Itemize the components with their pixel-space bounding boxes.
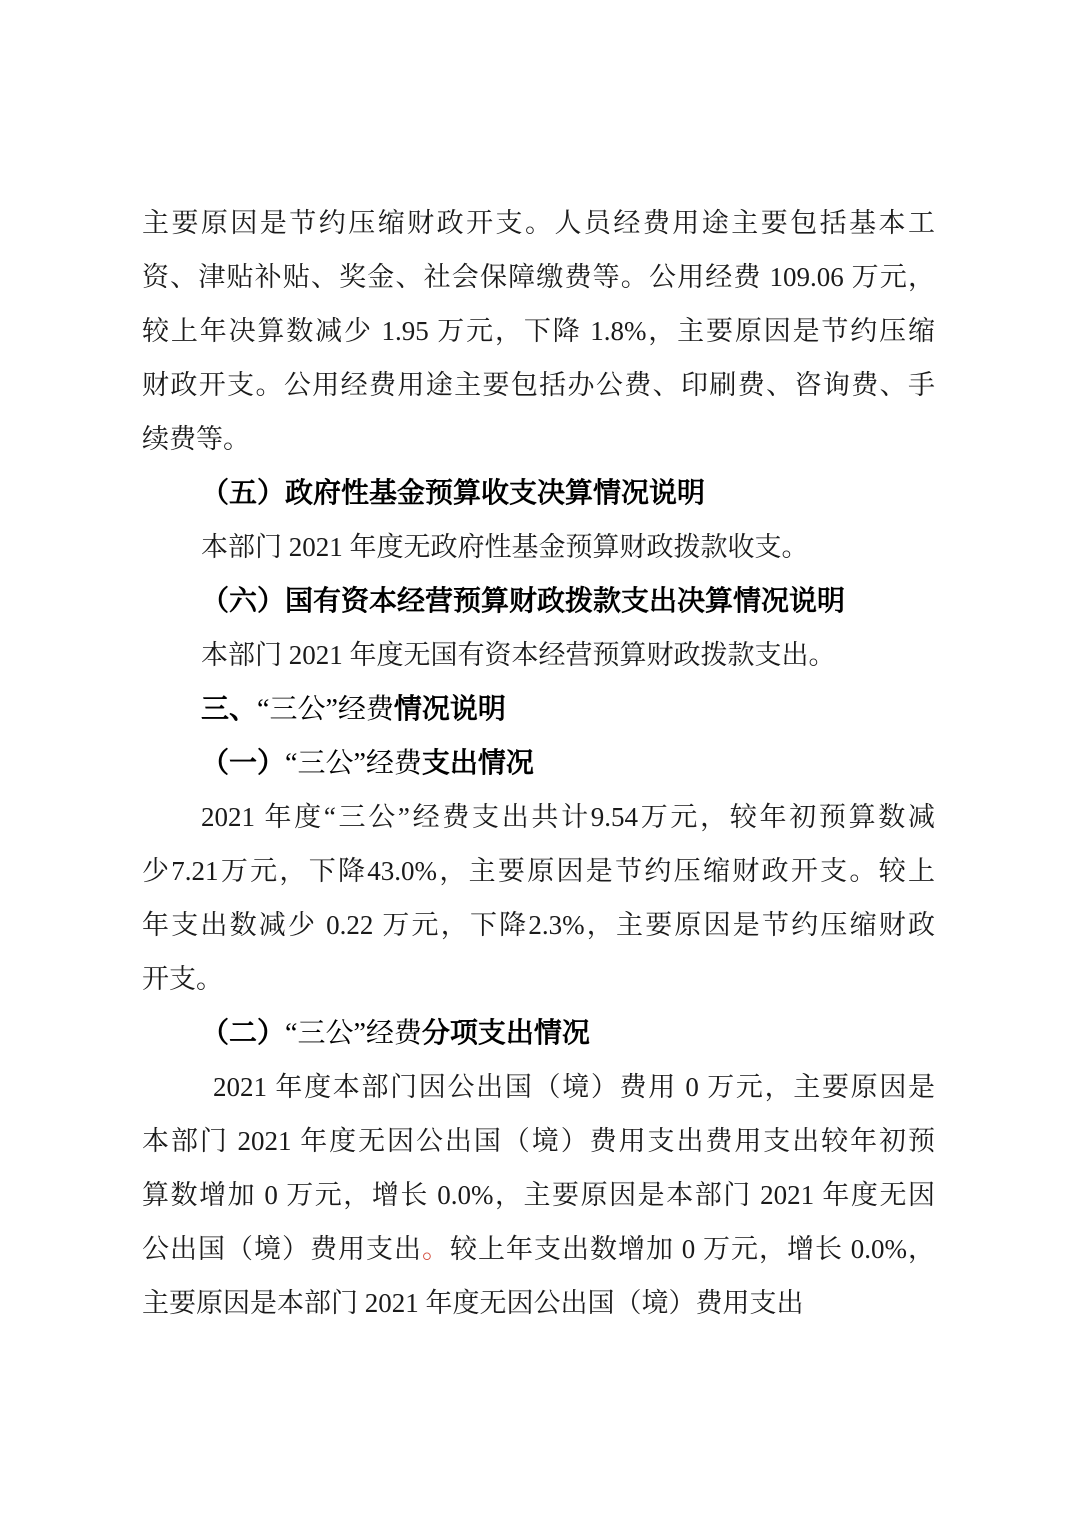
heading-segment: “三公”经费: [285, 748, 422, 779]
red-period: 。: [422, 1234, 450, 1264]
heading-segment: （六）国有资本经营预算财政拨款支出决算情况说明: [201, 585, 845, 616]
section-heading: （二）“三公”经费分项支出情况: [142, 1006, 935, 1060]
section-heading: （六）国有资本经营预算财政拨款支出决算情况说明: [142, 574, 935, 628]
para-line: 财政开支。公用经费用途主要包括办公费、印刷费、咨询费、手: [142, 358, 935, 412]
para-line: 资、津贴补贴、奖金、社会保障缴费等。公用经费 109.06 万元，: [142, 250, 935, 304]
para-line: 算数增加 0 万元，增长 0.0%，主要原因是本部门 2021 年度无因: [142, 1168, 935, 1222]
heading-segment: “三公”经费: [257, 694, 394, 725]
section-heading: （五）政府性基金预算收支决算情况说明: [142, 466, 935, 520]
text-segment: 资、津贴补贴、奖金、社会保障缴费等。公用经费 109.06 万元，: [142, 262, 935, 292]
para-line: 本部门 2021 年度无国有资本经营预算财政拨款支出。: [142, 628, 935, 682]
para-line: 开支。: [142, 952, 935, 1006]
text-segment: 本部门 2021 年度无国有资本经营预算财政拨款支出。: [201, 640, 836, 670]
para-line: 年支出数减少 0.22 万元，下降2.3%，主要原因是节约压缩财政: [142, 898, 935, 952]
para-line: 续费等。: [142, 412, 935, 466]
text-segment: 年支出数减少 0.22 万元，下降2.3%，主要原因是节约压缩财政: [142, 910, 935, 940]
heading-segment: 情况说明: [394, 693, 506, 724]
section-heading: 三、“三公”经费情况说明: [142, 682, 935, 736]
heading-segment: （二）: [201, 1017, 285, 1048]
para-line: 本部门 2021 年度无政府性基金预算财政拨款收支。: [142, 520, 935, 574]
heading-segment: （一）: [201, 747, 285, 778]
text-segment: 较上年支出数增加 0 万元，增长 0.0%，: [450, 1234, 935, 1264]
text-segment: 本部门 2021 年度无政府性基金预算财政拨款收支。: [201, 532, 809, 562]
para-line: 2021 年度本部门因公出国（境）费用 0 万元，主要原因是: [142, 1060, 935, 1114]
text-segment: 2021 年度本部门因公出国（境）费用 0 万元，主要原因是: [213, 1072, 935, 1102]
heading-segment: 分项支出情况: [422, 1017, 590, 1048]
page: { "page": { "background": "#ffffff", "bo…: [0, 0, 1074, 1520]
heading-segment: 三、: [201, 693, 257, 724]
text-segment: 财政开支。公用经费用途主要包括办公费、印刷费、咨询费、手: [142, 370, 935, 400]
heading-segment: “三公”经费: [285, 1018, 422, 1049]
text-segment: 本部门 2021 年度无因公出国（境）费用支出费用支出较年初预: [142, 1126, 935, 1156]
para-line: 较上年决算数减少 1.95 万元，下降 1.8%，主要原因是节约压缩: [142, 304, 935, 358]
text-segment: 公出国（境）费用支出: [142, 1234, 422, 1264]
para-line: 本部门 2021 年度无因公出国（境）费用支出费用支出较年初预: [142, 1114, 935, 1168]
text-segment: 2021 年度“三公”经费支出共计9.54万元，较年初预算数减: [201, 802, 935, 832]
text-segment: 算数增加 0 万元，增长 0.0%，主要原因是本部门 2021 年度无因: [142, 1180, 935, 1210]
document-body: 主要原因是节约压缩财政开支。人员经费用途主要包括基本工资、津贴补贴、奖金、社会保…: [142, 196, 935, 1330]
text-segment: 续费等。: [142, 424, 250, 454]
text-segment: 主要原因是节约压缩财政开支。人员经费用途主要包括基本工: [142, 208, 935, 238]
para-line: 2021 年度“三公”经费支出共计9.54万元，较年初预算数减: [142, 790, 935, 844]
para-line: 主要原因是节约压缩财政开支。人员经费用途主要包括基本工: [142, 196, 935, 250]
text-segment: 主要原因是本部门 2021 年度无因公出国（境）费用支出: [142, 1288, 804, 1318]
section-heading: （一）“三公”经费支出情况: [142, 736, 935, 790]
text-segment: 少7.21万元，下降43.0%，主要原因是节约压缩财政开支。较上: [142, 856, 935, 886]
para-line: 主要原因是本部门 2021 年度无因公出国（境）费用支出: [142, 1276, 935, 1330]
heading-segment: 支出情况: [422, 747, 534, 778]
para-line: 少7.21万元，下降43.0%，主要原因是节约压缩财政开支。较上: [142, 844, 935, 898]
heading-segment: （五）政府性基金预算收支决算情况说明: [201, 477, 705, 508]
text-segment: 开支。: [142, 964, 223, 994]
para-line: 公出国（境）费用支出。较上年支出数增加 0 万元，增长 0.0%，: [142, 1222, 935, 1276]
text-segment: 较上年决算数减少 1.95 万元，下降 1.8%，主要原因是节约压缩: [142, 316, 935, 346]
